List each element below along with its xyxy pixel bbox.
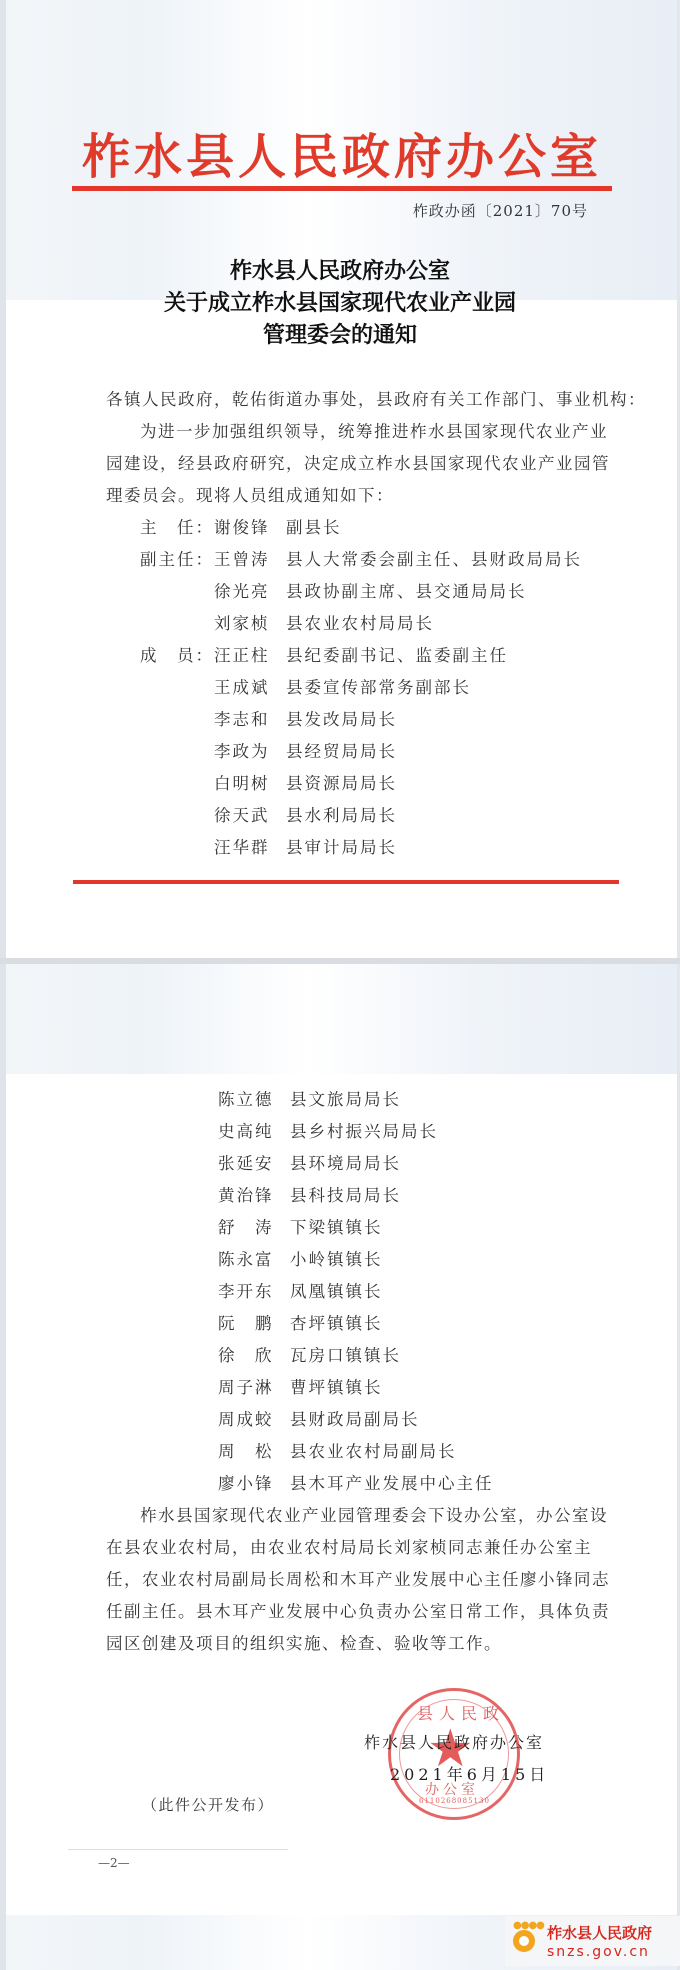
office-line-1: 柞水县国家现代农业产业园管理委会下设办公室，办公室设	[140, 1502, 608, 1526]
roster-name: 周成蛟	[218, 1406, 290, 1430]
roster-role: 县水利局局长	[286, 802, 397, 826]
roster-row: 成 员：汪正柱县纪委副书记、监委副主任	[140, 642, 508, 666]
roster-role: 副县长	[286, 514, 342, 538]
roster-name: 周子淋	[218, 1374, 290, 1398]
roster-row: 陈立德县文旅局局长	[218, 1086, 401, 1110]
roster-name: 白明树	[214, 770, 286, 794]
roster-row: 周子淋曹坪镇镇长	[218, 1374, 383, 1398]
roster-label: 主 任：	[140, 514, 214, 538]
roster-role: 县纪委副书记、监委副主任	[286, 642, 508, 666]
roster-role: 杏坪镇镇长	[290, 1310, 383, 1334]
roster-role: 县乡村振兴局局长	[290, 1118, 438, 1142]
roster-name: 汪正柱	[214, 642, 286, 666]
roster-name: 徐光亮	[214, 578, 286, 602]
seal-text-top: 县人民政	[417, 1701, 505, 1724]
site-watermark: ●●●● 柞水县人民政府 snzs.gov.cn	[505, 1916, 680, 1966]
signature-date: 2021年6月15日	[390, 1762, 549, 1785]
roster-role: 凤凰镇镇长	[290, 1278, 383, 1302]
roster-name: 王成斌	[214, 674, 286, 698]
roster-name: 黄治锋	[218, 1182, 290, 1206]
roster-row: 张延安县环境局局长	[218, 1150, 401, 1174]
roster-row: 陈永富小岭镇镇长	[218, 1246, 383, 1270]
roster-row: 白明树县资源局局长	[214, 770, 397, 794]
roster-row: 李政为县经贸局局长	[214, 738, 397, 762]
document-number: 柞政办函〔2021〕70号	[413, 200, 588, 221]
addressee: 各镇人民政府，乾佑街道办事处，县政府有关工作部门、事业机构：	[106, 386, 646, 410]
office-line-3: 任，农业农村局副局长周松和木耳产业发展中心主任廖小锋同志	[106, 1566, 610, 1590]
roster-row: 周成蛟县财政局副局长	[218, 1406, 420, 1430]
roster-row: 王成斌县委宣传部常务副部长	[214, 674, 471, 698]
roster-role: 县农业农村局局长	[286, 610, 434, 634]
roster-name: 舒 涛	[218, 1214, 290, 1238]
public-release-note: （此件公开发布）	[142, 1794, 274, 1815]
roster-role: 县科技局局长	[290, 1182, 401, 1206]
roster-name: 徐天武	[214, 802, 286, 826]
title-line-3: 管理委会的通知	[0, 320, 680, 350]
roster-label: 成 员：	[140, 642, 214, 666]
roster-row: 副主任：王曾涛县人大常委会副主任、县财政局局长	[140, 546, 582, 570]
official-seal: ★ 县人民政 办公室 6110268085130	[388, 1688, 520, 1820]
watermark-site-name: 柞水县人民政府	[547, 1922, 652, 1943]
roster-name: 李政为	[214, 738, 286, 762]
roster-role: 下梁镇镇长	[290, 1214, 383, 1238]
roster-row: 李开东凤凰镇镇长	[218, 1278, 383, 1302]
intro-line-3: 理委员会。现将人员组成通知如下：	[106, 482, 394, 506]
roster-role: 县环境局局长	[290, 1150, 401, 1174]
logo-dots-icon: ●●●●	[513, 1920, 544, 1931]
roster-role: 曹坪镇镇长	[290, 1374, 383, 1398]
roster-role: 县审计局局长	[286, 834, 397, 858]
roster-role: 县资源局局长	[286, 770, 397, 794]
roster-name: 张延安	[218, 1150, 290, 1174]
roster-role: 县文旅局局长	[290, 1086, 401, 1110]
roster-role: 县委宣传部常务副部长	[286, 674, 471, 698]
document-page-2	[0, 964, 680, 1970]
office-line-4: 任副主任。县木耳产业发展中心负责办公室日常工作，具体负责	[106, 1598, 610, 1622]
roster-name: 廖小锋	[218, 1470, 290, 1494]
title-line-2: 关于成立柞水县国家现代农业产业园	[0, 288, 680, 318]
seal-serial: 6110268085130	[419, 1797, 490, 1805]
footer-red-rule	[73, 880, 619, 884]
roster-row: 阮 鹏杏坪镇镇长	[218, 1310, 383, 1334]
roster-role: 小岭镇镇长	[290, 1246, 383, 1270]
roster-name: 李志和	[214, 706, 286, 730]
intro-line-1: 为进一步加强组织领导，统筹推进柞水县国家现代农业产业	[140, 418, 608, 442]
roster-row: 舒 涛下梁镇镇长	[218, 1214, 383, 1238]
roster-row: 徐 欣瓦房口镇镇长	[218, 1342, 401, 1366]
roster-row: 周 松县农业农村局副局长	[218, 1438, 457, 1462]
roster-role: 县经贸局局长	[286, 738, 397, 762]
roster-row: 李志和县发改局局长	[214, 706, 397, 730]
roster-name: 周 松	[218, 1438, 290, 1462]
office-line-5: 园区创建及项目的组织实施、检查、验收等工作。	[106, 1630, 502, 1654]
roster-name: 李开东	[218, 1278, 290, 1302]
roster-role: 瓦房口镇镇长	[290, 1342, 401, 1366]
roster-name: 王曾涛	[214, 546, 286, 570]
roster-name: 陈立德	[218, 1086, 290, 1110]
roster-name: 刘家桢	[214, 610, 286, 634]
roster-row: 主 任：谢俊锋副县长	[140, 514, 342, 538]
header-red-rule	[72, 186, 612, 191]
roster-row: 史高纯县乡村振兴局局长	[218, 1118, 438, 1142]
footer-faint-rule	[68, 1849, 288, 1850]
site-logo-icon	[513, 1930, 535, 1952]
issuer-header: 柞水县人民政府办公室	[72, 118, 612, 187]
roster-name: 徐 欣	[218, 1342, 290, 1366]
roster-role: 县农业农村局副局长	[290, 1438, 457, 1462]
title-line-1: 柞水县人民政府办公室	[0, 256, 680, 286]
roster-row: 徐天武县水利局局长	[214, 802, 397, 826]
roster-name: 阮 鹏	[218, 1310, 290, 1334]
intro-line-2: 园建设，经县政府研究，决定成立柞水县国家现代农业产业园管	[106, 450, 610, 474]
roster-name: 陈永富	[218, 1246, 290, 1270]
roster-name: 史高纯	[218, 1118, 290, 1142]
roster-name: 汪华群	[214, 834, 286, 858]
page-number: —2—	[98, 1856, 130, 1870]
watermark-site-url: snzs.gov.cn	[547, 1944, 650, 1960]
roster-label: 副主任：	[140, 546, 214, 570]
roster-row: 汪华群县审计局局长	[214, 834, 397, 858]
office-line-2: 在县农业农村局，由农业农村局局长刘家桢同志兼任办公室主	[106, 1534, 592, 1558]
roster-role: 县木耳产业发展中心主任	[290, 1470, 494, 1494]
roster-row: 黄治锋县科技局局长	[218, 1182, 401, 1206]
roster-role: 县发改局局长	[286, 706, 397, 730]
roster-role: 县政协副主席、县交通局局长	[286, 578, 527, 602]
roster-role: 县人大常委会副主任、县财政局局长	[286, 546, 582, 570]
roster-row: 徐光亮县政协副主席、县交通局局长	[214, 578, 527, 602]
roster-row: 刘家桢县农业农村局局长	[214, 610, 434, 634]
roster-name: 谢俊锋	[214, 514, 286, 538]
signature-issuer: 柞水县人民政府办公室	[364, 1730, 544, 1753]
roster-row: 廖小锋县木耳产业发展中心主任	[218, 1470, 494, 1494]
roster-role: 县财政局副局长	[290, 1406, 420, 1430]
